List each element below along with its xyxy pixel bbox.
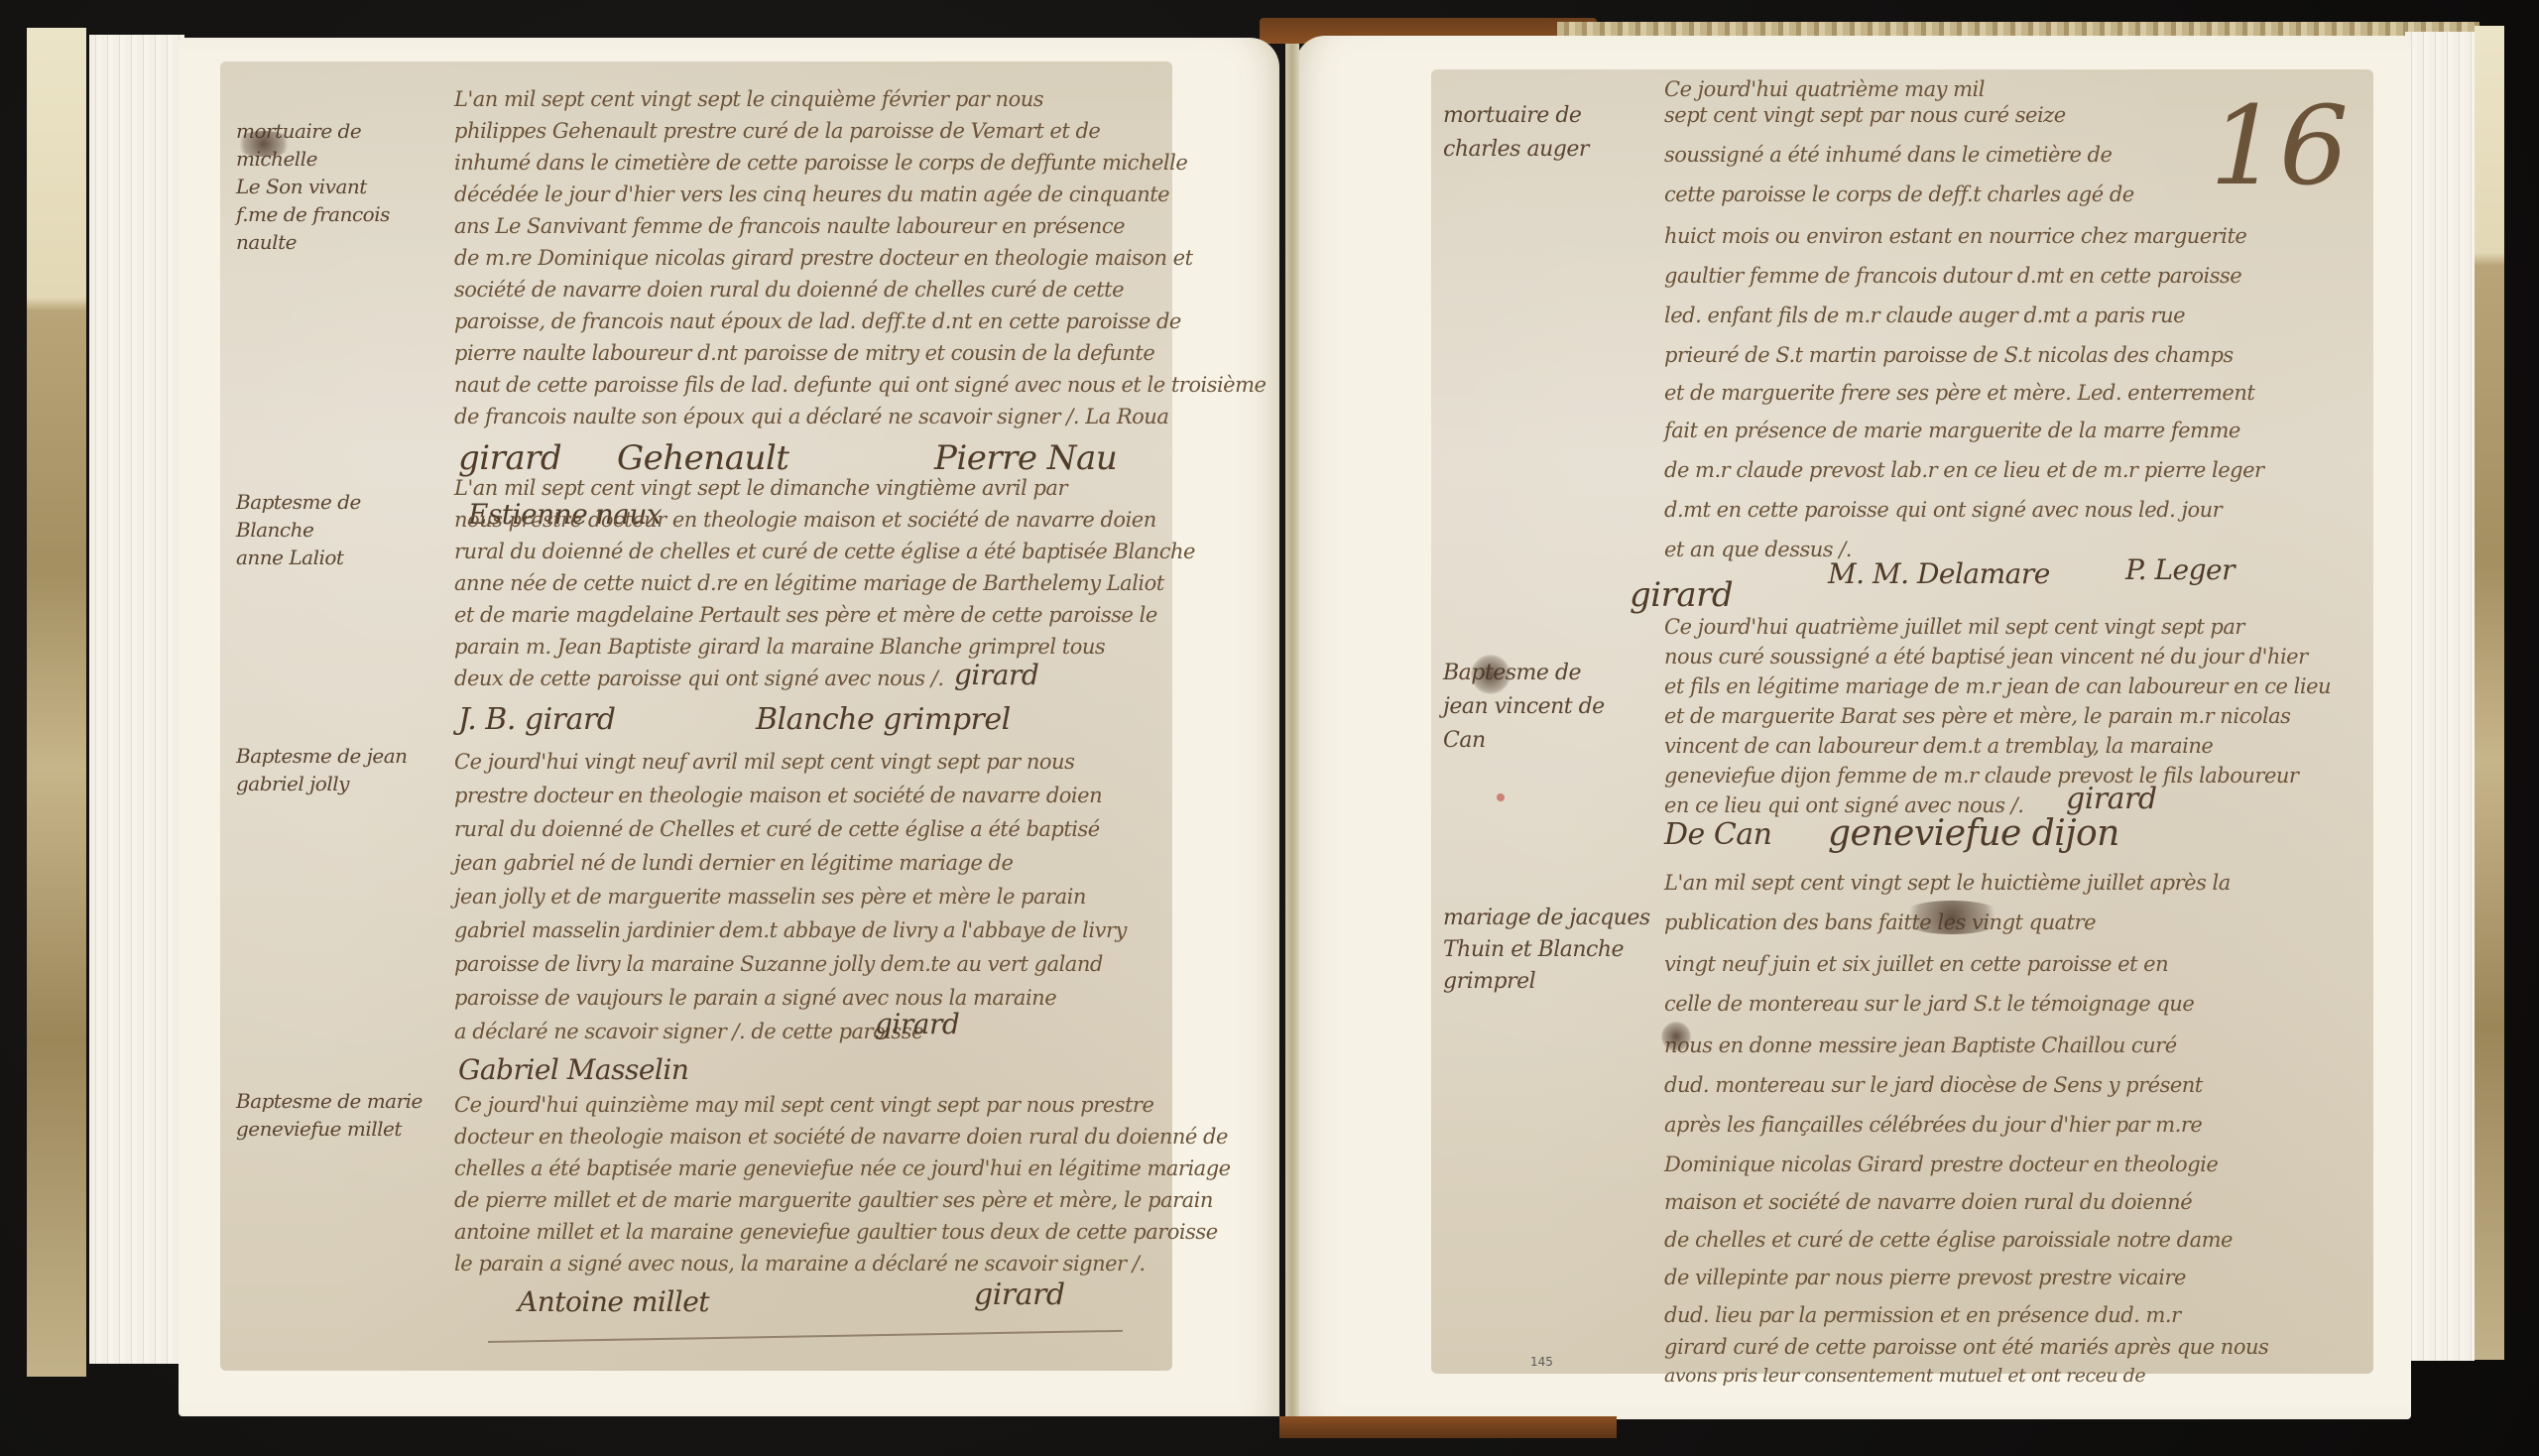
cover-left-marbled: [27, 28, 86, 1377]
margin-line: gabriel jolly: [236, 770, 434, 797]
margin-note-entry-3: Baptesme de jean gabriel jolly: [236, 742, 434, 797]
margin-line: anne Laliot: [236, 544, 434, 571]
signature: girard: [875, 1008, 959, 1040]
margin-line: geneviefue millet: [236, 1115, 434, 1143]
text-line: Ce jourd'hui quatrième may mil: [1664, 77, 1985, 101]
margin-line: Baptesme de Blanche: [236, 488, 434, 544]
text-line: ans Le Sanvivant femme de francois nault…: [454, 214, 1125, 238]
text-line: après les fiançailles célébrées du jour …: [1664, 1113, 2202, 1137]
text-line: L'an mil sept cent vingt sept le dimanch…: [454, 476, 1067, 500]
text-line: et de marguerite Barat ses père et mère,…: [1664, 704, 2290, 728]
text-line: gaultier femme de francois dutour d.mt e…: [1664, 264, 2241, 288]
text-line: deux de cette paroisse qui ont signé ave…: [454, 667, 944, 690]
signature: De Can: [1664, 817, 1772, 852]
text-line: huict mois ou environ estant en nourrice…: [1664, 224, 2246, 248]
margin-note-entry-4: Baptesme de marie geneviefue millet: [236, 1087, 434, 1143]
signature: girard: [954, 659, 1038, 691]
text-line: docteur en theologie maison et société d…: [454, 1125, 1228, 1149]
text-line: et fils en légitime mariage de m.r jean …: [1664, 674, 2331, 698]
signature: geneviefue dijon: [1828, 813, 2119, 854]
ink-blot: [1897, 901, 2006, 934]
page-stack-left: [89, 35, 184, 1364]
closing-rule: [488, 1330, 1123, 1343]
margin-line: mariage de jacques: [1443, 903, 1651, 934]
text-line: parain m. Jean Baptiste girard la marain…: [454, 635, 1105, 659]
signature: girard: [2066, 782, 2157, 816]
text-line: antoine millet et la maraine geneviefue …: [454, 1220, 1218, 1244]
text-line: nous curé soussigné a été baptisé jean v…: [1664, 645, 2308, 668]
red-stain: [1497, 793, 1505, 801]
text-line: Ce jourd'hui quinzième may mil sept cent…: [454, 1093, 1153, 1117]
ink-blot: [234, 131, 294, 157]
text-line: rural du doienné de Chelles et curé de c…: [454, 817, 1100, 841]
text-line: celle de montereau sur le jard S.t le té…: [1664, 992, 2194, 1016]
text-line: vingt neuf juin et six juillet en cette …: [1664, 952, 2168, 976]
margin-line: charles auger: [1443, 133, 1651, 167]
text-line: fait en présence de marie marguerite de …: [1664, 419, 2240, 442]
text-line: philippes Gehenault prestre curé de la p…: [454, 119, 1100, 143]
text-line: Ce jourd'hui vingt neuf avril mil sept c…: [454, 750, 1074, 774]
text-line: nous prestre docteur en theologie maison…: [454, 508, 1156, 532]
text-line: L'an mil sept cent vingt sept le huictiè…: [1664, 871, 2231, 895]
signature: M. M. Delamare: [1828, 557, 2050, 590]
text-line: dud. montereau sur le jard diocèse de Se…: [1664, 1073, 2203, 1097]
left-manuscript-page: mortuaire de michelle Le Son vivant f.me…: [220, 61, 1172, 1371]
text-line: L'an mil sept cent vingt sept le cinquiè…: [454, 87, 1043, 111]
text-line: chelles a été baptisée marie geneviefue …: [454, 1156, 1231, 1180]
text-line: pierre naulte laboureur d.nt paroisse de…: [454, 341, 1154, 365]
text-line: soussigné a été inhumé dans le cimetière…: [1664, 143, 2112, 167]
margin-line: Baptesme de marie: [236, 1087, 434, 1115]
signature: Blanche grimprel: [756, 702, 1011, 737]
text-line: a déclaré ne scavoir signer /. de cette …: [454, 1020, 923, 1043]
margin-line: Can: [1443, 724, 1651, 758]
text-line: naut de cette paroisse fils de lad. defu…: [454, 373, 1266, 397]
text-line: de m.re Dominique nicolas girard prestre…: [454, 246, 1193, 270]
text-line: maison et société de navarre doien rural…: [1664, 1190, 2192, 1214]
text-line: inhumé dans le cimetière de cette parois…: [454, 151, 1187, 175]
text-line: et an que dessus /.: [1664, 538, 1852, 561]
text-line: vincent de can laboureur dem.t a trembla…: [1664, 734, 2213, 758]
signature: girard: [458, 438, 561, 478]
text-line: et de marie magdelaine Pertault ses père…: [454, 603, 1157, 627]
spine-leather-bottom: [1279, 1416, 1617, 1438]
page-number: 145: [1530, 1355, 1553, 1369]
book-gutter: [1285, 44, 1299, 1417]
text-line: paroisse de livry la maraine Suzanne jol…: [454, 952, 1103, 976]
text-line: geneviefue dijon femme de m.r claude pre…: [1664, 764, 2298, 788]
folio-number-mark: 16: [2210, 91, 2349, 200]
text-line: nous en donne messire jean Baptiste Chai…: [1664, 1033, 2177, 1057]
text-line: le parain a signé avec nous, la maraine …: [454, 1252, 1146, 1275]
open-book: mortuaire de michelle Le Son vivant f.me…: [0, 0, 2539, 1456]
signature: girard: [1630, 575, 1733, 615]
text-line: société de navarre doien rural du doienn…: [454, 278, 1124, 302]
margin-line: grimprel: [1443, 966, 1651, 998]
text-line: d.mt en cette paroisse qui ont signé ave…: [1664, 498, 2222, 522]
text-line: de villepinte par nous pierre prevost pr…: [1664, 1266, 2186, 1289]
text-line: Dominique nicolas Girard prestre docteur…: [1664, 1153, 2218, 1176]
margin-note-entry-2: Baptesme de Blanche anne Laliot: [236, 488, 434, 571]
margin-note-entry-1: mortuaire de charles auger: [1443, 99, 1651, 167]
text-line: cette paroisse le corps de deff.t charle…: [1664, 182, 2134, 206]
text-line: prieuré de S.t martin paroisse de S.t ni…: [1664, 343, 2234, 367]
page-stack-right: [2405, 32, 2475, 1361]
text-line: de chelles et curé de cette église paroi…: [1664, 1228, 2233, 1252]
text-line: publication des bans faitte les vingt qu…: [1664, 910, 2096, 934]
text-line: jean jolly et de marguerite masselin ses…: [454, 885, 1086, 909]
signature: Antoine millet: [518, 1285, 709, 1318]
ink-blot: [1471, 655, 1511, 694]
right-manuscript-page: mortuaire de charles auger Ce jourd'hui …: [1431, 69, 2373, 1374]
text-line: prestre docteur en theologie maison et s…: [454, 784, 1102, 807]
signature: Gehenault: [617, 438, 788, 478]
text-line: décédée le jour d'hier vers les cinq heu…: [454, 182, 1169, 206]
text-line: de m.r claude prevost lab.r en ce lieu e…: [1664, 458, 2264, 482]
text-line: dud. lieu par la permission et en présen…: [1664, 1303, 2181, 1327]
text-line: gabriel masselin jardinier dem.t abbaye …: [454, 918, 1127, 942]
text-line: de francois naulte son époux qui a décla…: [454, 405, 1168, 428]
margin-line: f.me de francois naulte: [236, 200, 434, 256]
margin-line: Le Son vivant: [236, 173, 434, 200]
signature: P. Leger: [2125, 553, 2235, 586]
text-line: led. enfant fils de m.r claude auger d.m…: [1664, 303, 2185, 327]
signature: J. B. girard: [458, 702, 615, 737]
margin-note-entry-3: mariage de jacques Thuin et Blanche grim…: [1443, 903, 1651, 998]
text-line: jean gabriel né de lundi dernier en légi…: [454, 851, 1013, 875]
text-line: avons pris leur consentement mutuel et o…: [1664, 1365, 2145, 1387]
text-line: paroisse de vaujours le parain a signé a…: [454, 986, 1056, 1010]
text-line: rural du doienné de chelles et curé de c…: [454, 540, 1195, 563]
text-line: anne née de cette nuict d.re en légitime…: [454, 571, 1164, 595]
text-line: Ce jourd'hui quatrième juillet mil sept …: [1664, 615, 2244, 639]
text-line: et de marguerite frere ses père et mère.…: [1664, 381, 2254, 405]
signature: Pierre Nau: [934, 438, 1117, 478]
signature: girard: [974, 1277, 1065, 1312]
signature: Gabriel Masselin: [458, 1053, 688, 1086]
margin-line: jean vincent de: [1443, 690, 1651, 724]
ink-blot: [1661, 1022, 1691, 1051]
margin-line: mortuaire de: [1443, 99, 1651, 133]
margin-line: Baptesme de jean: [236, 742, 434, 770]
cover-right-marbled: [2475, 26, 2504, 1360]
text-line: de pierre millet et de marie marguerite …: [454, 1188, 1213, 1212]
margin-line: Thuin et Blanche: [1443, 934, 1651, 966]
text-line: paroisse, de francois naut époux de lad.…: [454, 309, 1181, 333]
text-line: sept cent vingt sept par nous curé seize: [1664, 103, 2066, 127]
